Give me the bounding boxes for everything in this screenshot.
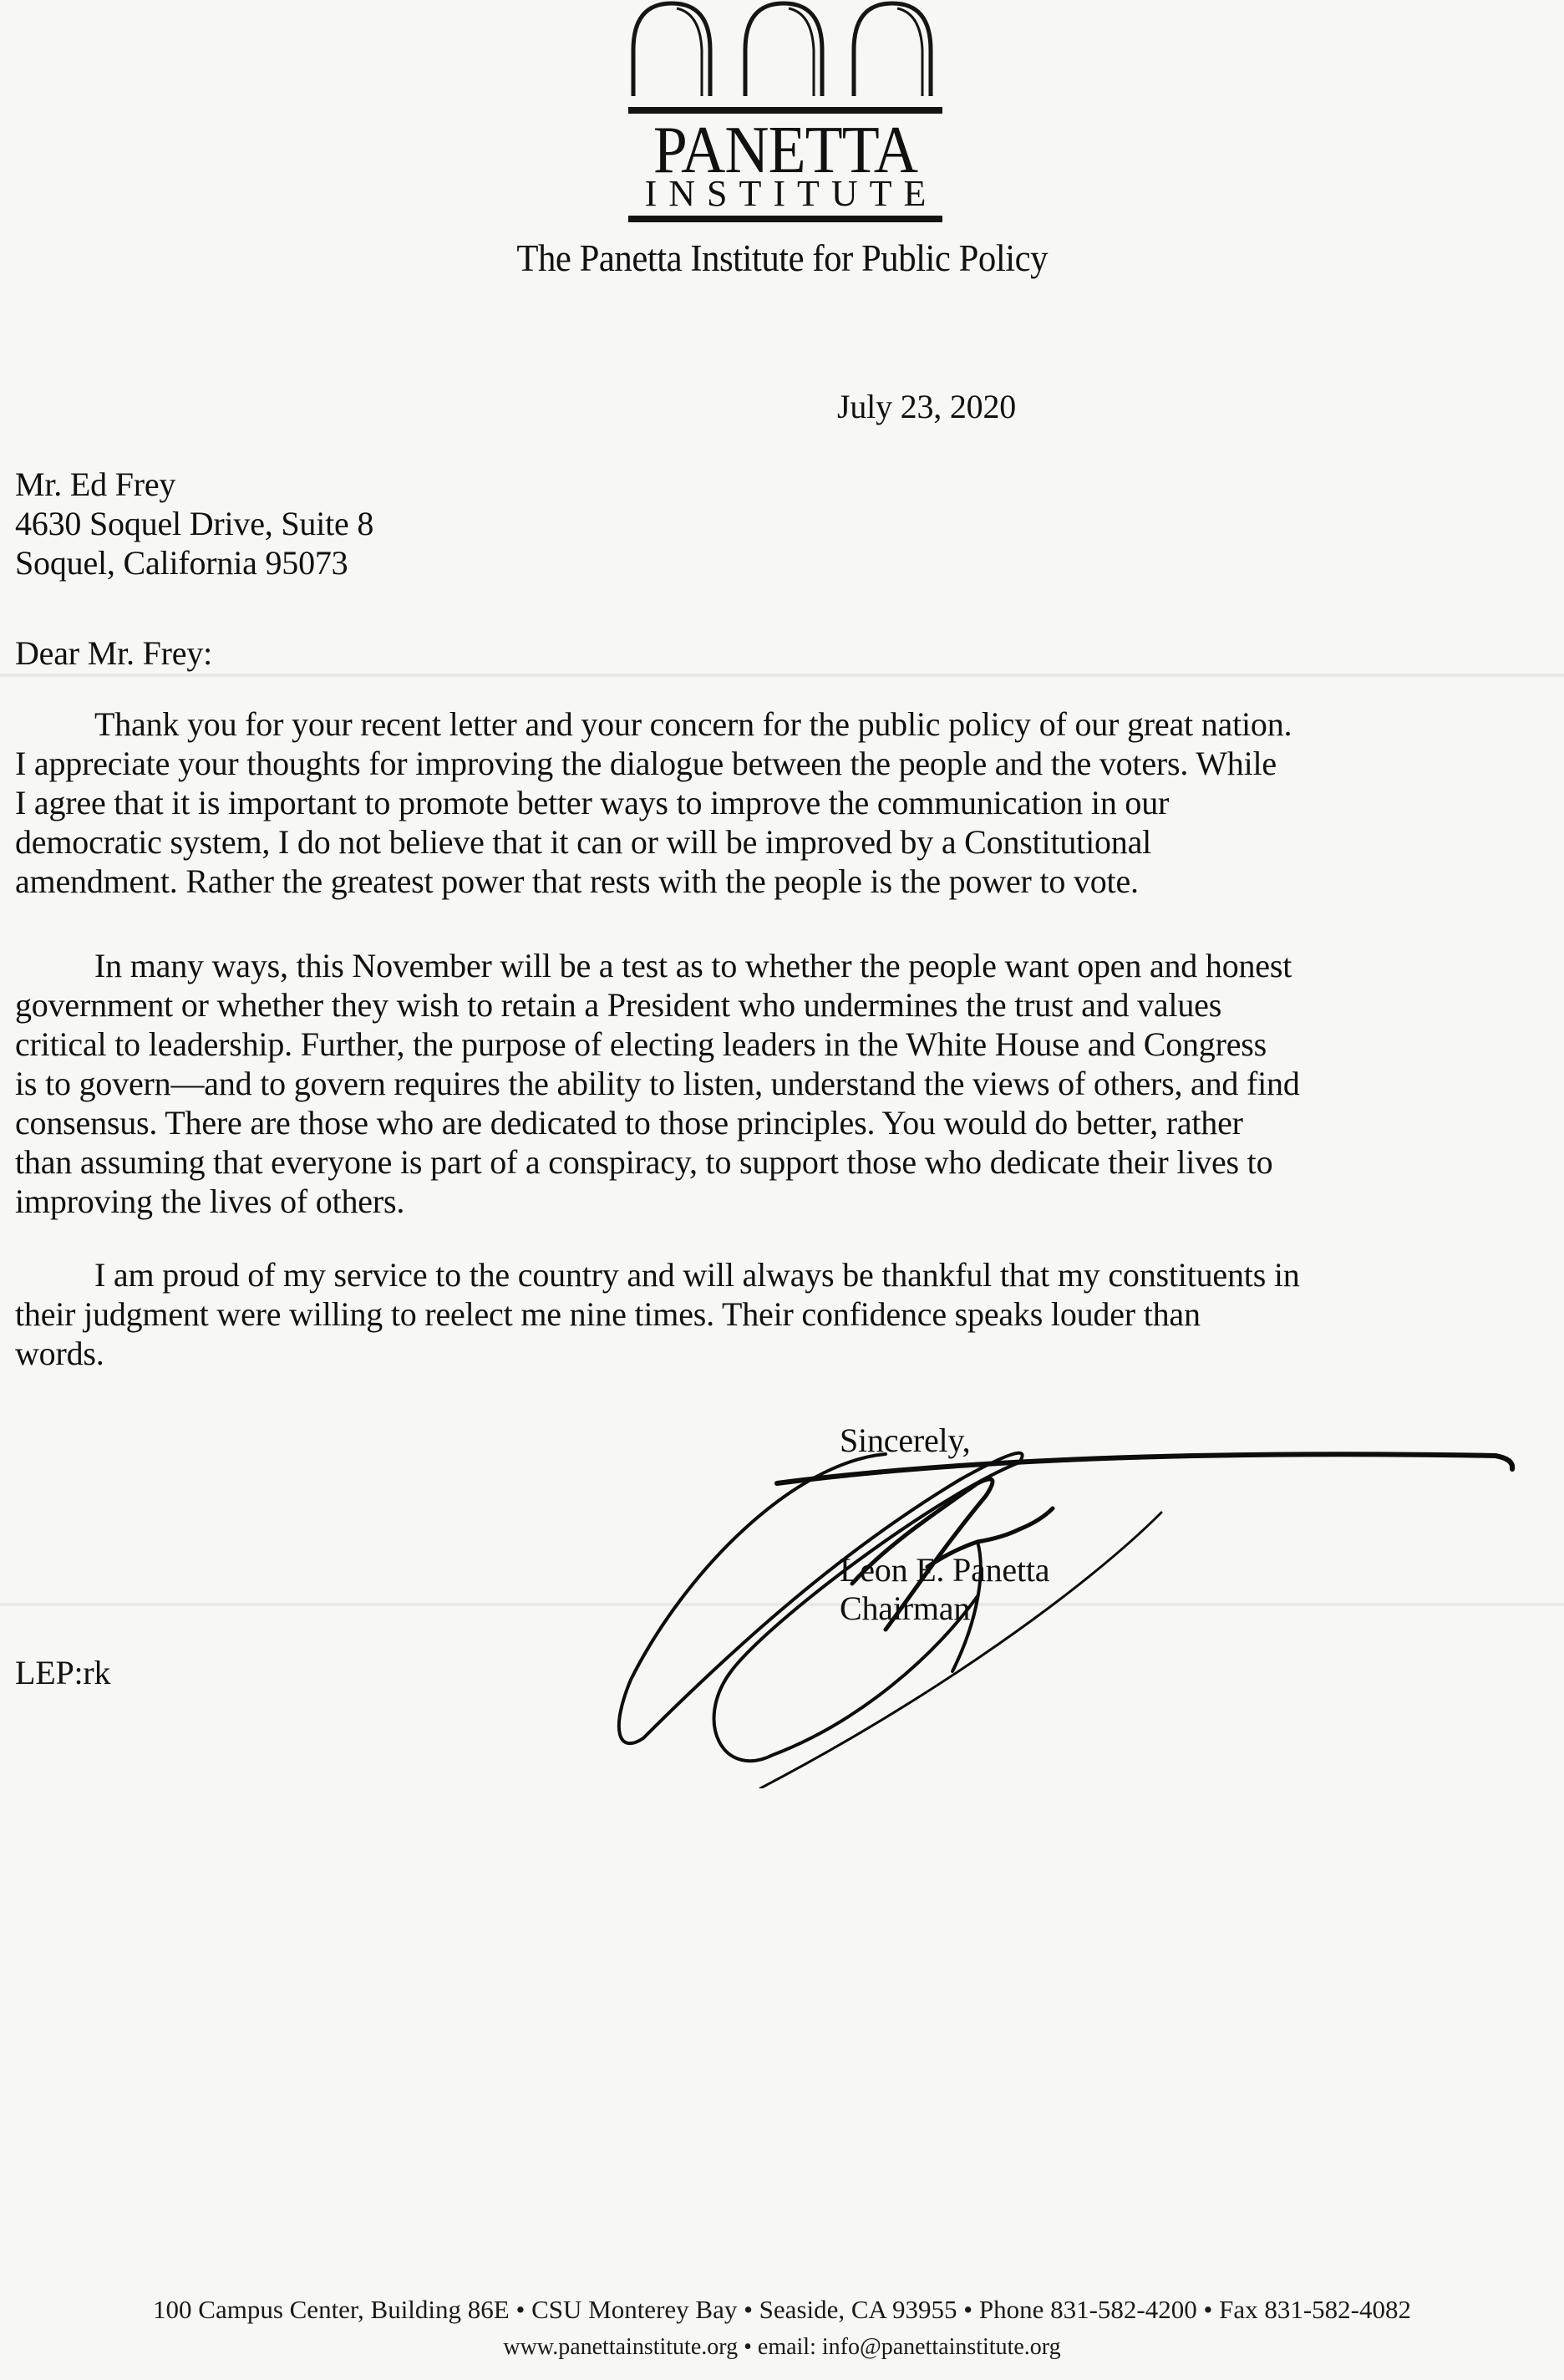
handwritten-signature-icon: [585, 1404, 1564, 1788]
paper-fold-line: [0, 1602, 1564, 1607]
signer-title: Chairman: [840, 1589, 970, 1628]
paragraph-line: improving the lives of others.: [15, 1182, 1552, 1221]
paragraph-line: Thank you for your recent letter and you…: [15, 704, 1552, 744]
recipient-street: 4630 Soquel Drive, Suite 8: [15, 504, 373, 543]
recipient-city-state-zip: Soquel, California 95073: [15, 543, 373, 582]
salutation: Dear Mr. Frey:: [15, 633, 212, 673]
paragraph-line: In many ways, this November will be a te…: [15, 946, 1552, 985]
paragraph-line: I am proud of my service to the country …: [15, 1255, 1552, 1294]
body-paragraph: I am proud of my service to the country …: [15, 1255, 1552, 1373]
logo-bottom-rule: [628, 216, 942, 222]
logo-subname: INSTITUTE: [628, 175, 942, 212]
reference-initials: LEP:rk: [15, 1653, 110, 1692]
logo-top-rule: [628, 107, 942, 114]
paper-fold-line: [0, 673, 1564, 678]
recipient-name: Mr. Ed Frey: [15, 465, 373, 504]
body-paragraph: Thank you for your recent letter and you…: [15, 704, 1552, 901]
letter-date: July 23, 2020: [837, 387, 1016, 426]
body-paragraph: In many ways, this November will be a te…: [15, 946, 1552, 1221]
closing: Sincerely,: [840, 1421, 970, 1460]
paragraph-line: I appreciate your thoughts for improving…: [15, 744, 1552, 783]
paragraph-line: their judgment were willing to reelect m…: [15, 1294, 1552, 1334]
paragraph-line: words.: [15, 1334, 1552, 1373]
footer-address: 100 Campus Center, Building 86E • CSU Mo…: [0, 2294, 1564, 2326]
paragraph-line: critical to leadership. Further, the pur…: [15, 1025, 1552, 1064]
signer-name: Leon E. Panetta: [840, 1550, 1049, 1589]
letterhead-tagline: The Panetta Institute for Public Policy: [39, 236, 1525, 281]
paragraph-line: I agree that it is important to promote …: [15, 783, 1552, 822]
footer-web-email: www.panettainstitute.org • email: info@p…: [0, 2332, 1564, 2363]
paragraph-line: is to govern—and to govern requires the …: [15, 1064, 1552, 1103]
three-arches-icon: [628, 0, 946, 104]
recipient-address: Mr. Ed Frey 4630 Soquel Drive, Suite 8 S…: [15, 465, 373, 582]
paragraph-line: amendment. Rather the greatest power tha…: [15, 862, 1552, 901]
institute-logo: PANETTA INSTITUTE: [628, 0, 946, 226]
paragraph-line: democratic system, I do not believe that…: [15, 822, 1552, 862]
paragraph-line: consensus. There are those who are dedic…: [15, 1103, 1552, 1142]
paragraph-line: than assuming that everyone is part of a…: [15, 1142, 1552, 1182]
paragraph-line: government or whether they wish to retai…: [15, 985, 1552, 1025]
